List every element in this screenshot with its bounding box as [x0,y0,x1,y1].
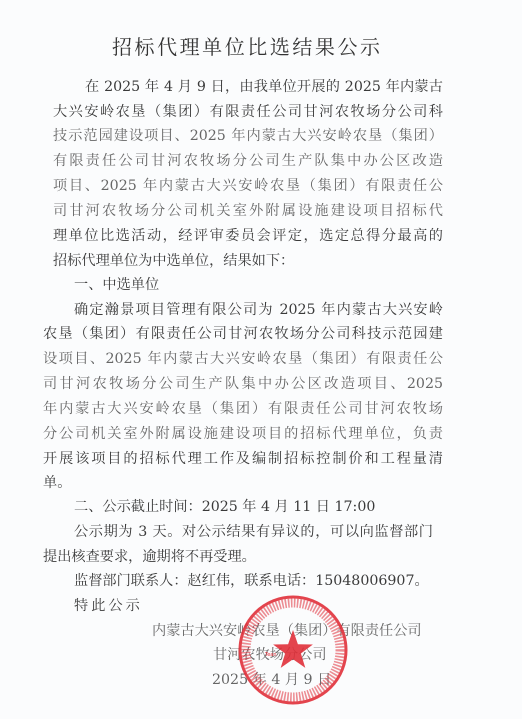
closing-text: 特此公示 [74,597,143,615]
section1-line: 确定瀚景项目管理有限公司为 2025 年内蒙古大兴安岭 [74,301,443,319]
notice-line: 提出核查要求，逾期将不再受理。 [43,548,256,566]
document-page: 招标代理单位比选结果公示 在 2025 年 4 月 9 日，由我单位开展的 20… [0,0,522,719]
section1-line: 开展该项目的招标代理工作及编制招标控制价和工程量清 [43,450,443,468]
section1-line: 分公司机关室外附属设施建设项目的招标代理单位，负责 [43,425,443,443]
section2-heading: 二、公示截止时间：2025 年 4 月 11 日 17:00 [74,498,375,516]
intro-line: 在 2025 年 4 月 9 日，由我单位开展的 2025 年内蒙古 [85,78,443,96]
section1-line: 司甘河农牧场分公司生产队集中办公区改造项目、2025 [43,375,443,393]
signature-date: 2025 年 4 月 9 日 [212,671,330,689]
intro-line: 技示范园建设项目、2025 年内蒙古大兴安岭农垦（集团） [53,127,443,145]
notice-line: 公示期为 3 天。对公示结果有异议的，可以向监督部门 [74,523,433,541]
signature-org-line1: 内蒙古大兴安岭农垦（集团）有限责任公司 [152,622,344,640]
section1-line: 年内蒙古大兴安岭农垦（集团）有限责任公司甘河农牧场 [43,400,443,418]
section1-line: 设项目、2025 年内蒙古大兴安岭农垦（集团）有限责任公 [43,350,443,368]
intro-line: 项目、2025 年内蒙古大兴安岭农垦（集团）有限责任公 [53,177,443,195]
section1-line: 农垦（集团）有限责任公司甘河农牧场分公司科技示范园建 [43,325,443,343]
section1-heading: 一、中选单位 [74,276,159,294]
section1-line: 单。 [43,474,71,492]
document-title: 招标代理单位比选结果公示 [112,31,382,60]
signature-org-line2: 甘河农牧场分公司 [213,646,324,664]
intro-line: 招标代理单位为中选单位，结果如下： [53,252,294,270]
intro-line: 大兴安岭农垦（集团）有限责任公司甘河农牧场分公司科 [53,103,443,121]
intro-line: 司甘河农牧场分公司机关室外附属设施建设项目招标代 [53,202,443,220]
intro-line: 有限责任公司甘河农牧场分公司生产队集中办公区改造 [53,152,443,170]
intro-line: 理单位比选活动，经评审委员会评定，选定总得分最高的 [53,227,443,245]
contact-line: 监督部门联系人：赵红伟，联系电话：15048006907。 [74,572,407,590]
